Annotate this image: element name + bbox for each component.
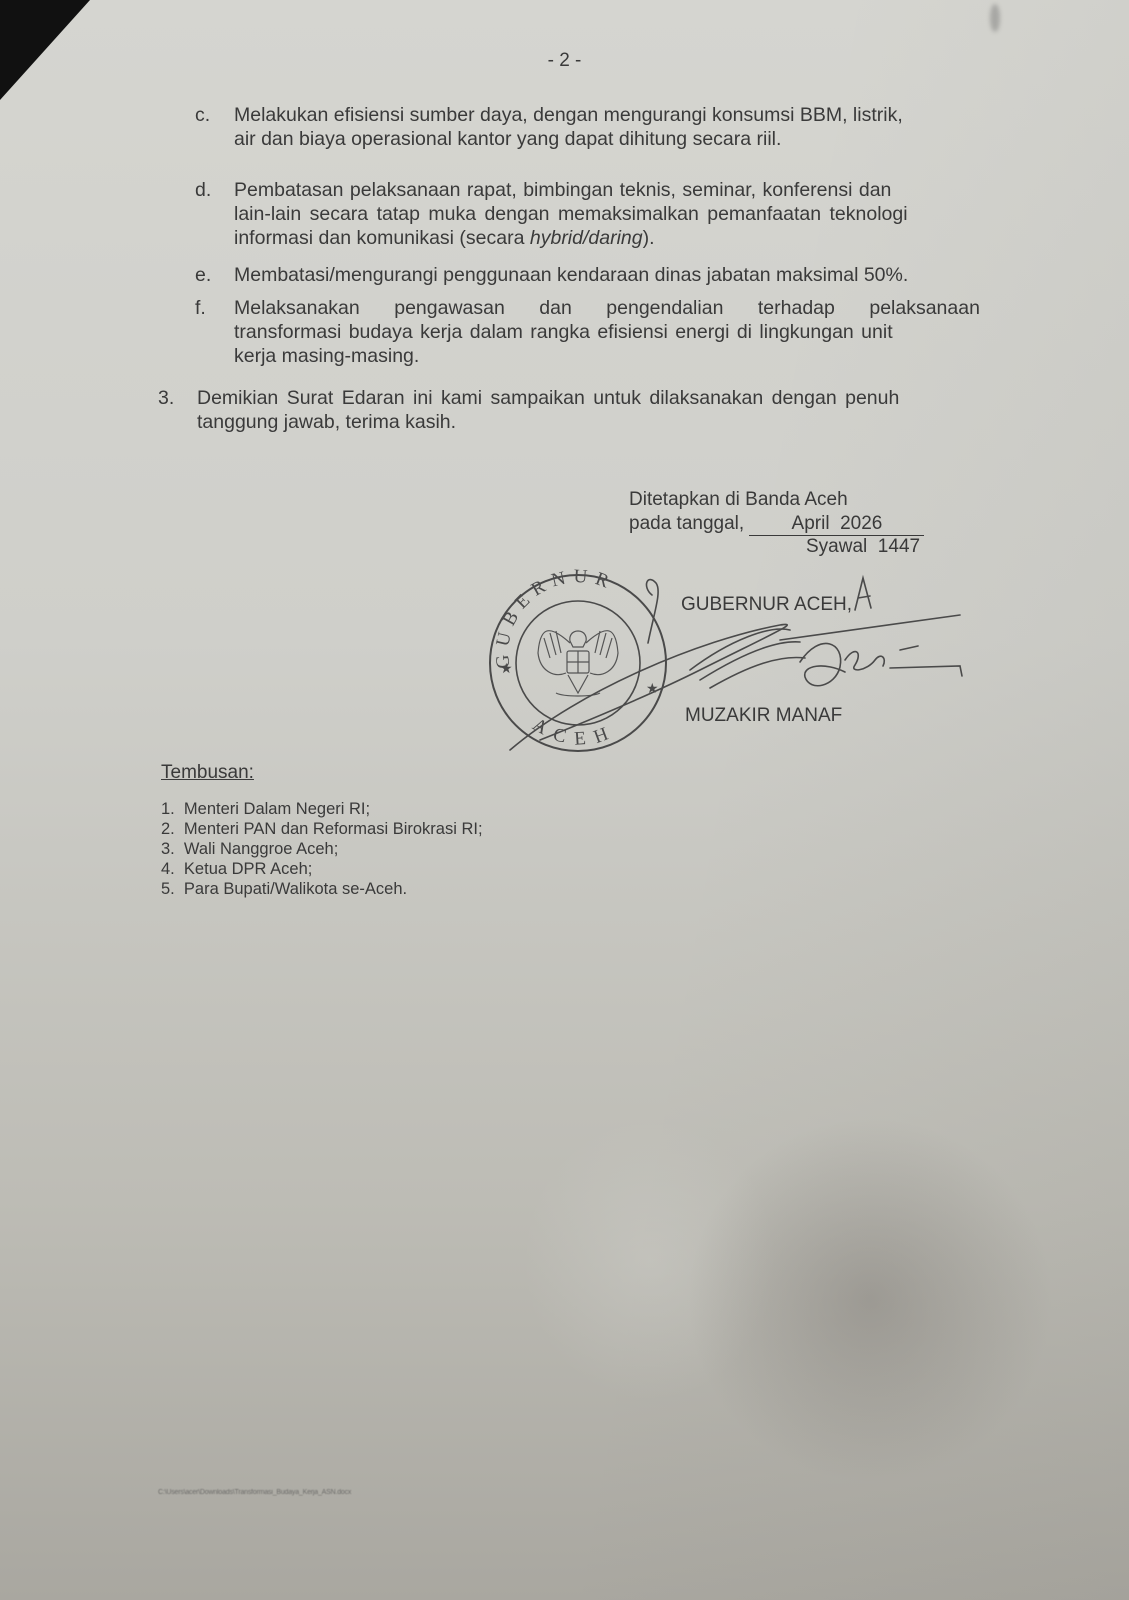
date-label: pada tanggal, xyxy=(629,513,744,534)
point-marker: f. xyxy=(195,296,206,320)
point-line: kerja masing-masing. xyxy=(234,344,980,368)
point-line: Membatasi/mengurangi penggunaan kendaraa… xyxy=(234,263,980,287)
point-marker: c. xyxy=(195,103,210,127)
page-number: - 2 - xyxy=(0,50,1129,72)
point-line: Melakukan efisiensi sumber daya, dengan … xyxy=(234,103,980,127)
point-line: Melaksanakanpengawasandanpengendalianter… xyxy=(234,296,980,320)
tembusan-list: 1. Menteri Dalam Negeri RI; 2. Menteri P… xyxy=(161,799,483,899)
point-line: Pembatasan pelaksanaan rapat, bimbingan … xyxy=(234,178,980,202)
footer-file-path: C:\Users\acer\Downloads\Transformasi_Bud… xyxy=(158,1489,351,1496)
tembusan-item: 2. Menteri PAN dan Reformasi Birokrasi R… xyxy=(161,819,483,839)
point-line: air dan biaya operasional kantor yang da… xyxy=(234,127,980,151)
tembusan-title: Tembusan: xyxy=(161,762,254,784)
tembusan-item: 5. Para Bupati/Walikota se-Aceh. xyxy=(161,879,483,899)
word: pelaksanaan xyxy=(869,296,980,320)
closing-line: tanggung jawab, terima kasih. xyxy=(197,410,980,434)
point-line: informasi dan komunikasi (secara hybrid/… xyxy=(234,226,980,250)
paper-smudge xyxy=(990,4,1000,32)
point-line: transformasi budaya kerja dalam rangka e… xyxy=(234,320,980,344)
point-marker: d. xyxy=(195,178,211,202)
handwritten-signature-icon xyxy=(500,570,970,760)
date-hijri: Syawal 1447 xyxy=(806,535,920,558)
word: pengawasan xyxy=(394,296,505,320)
point-line-italic: hybrid/daring xyxy=(530,227,643,249)
word: terhadap xyxy=(758,296,835,320)
signature-date: pada tanggal, April 2026 xyxy=(629,512,924,536)
closing-marker: 3. xyxy=(158,386,174,410)
word: Melaksanakan xyxy=(234,296,360,320)
date-gregorian: April 2026 xyxy=(749,512,924,536)
point-line-text: ). xyxy=(643,227,655,249)
word: dan xyxy=(539,296,572,320)
tembusan-item: 1. Menteri Dalam Negeri RI; xyxy=(161,799,483,819)
word: pengendalian xyxy=(606,296,723,320)
point-line: lain-lain secara tatap muka dengan memak… xyxy=(234,202,980,226)
closing-line: Demikian Surat Edaran ini kami sampaikan… xyxy=(197,386,980,410)
tembusan-item: 3. Wali Nanggroe Aceh; xyxy=(161,839,483,859)
point-line-text: informasi dan komunikasi (secara xyxy=(234,227,530,249)
tembusan-item: 4. Ketua DPR Aceh; xyxy=(161,859,483,879)
signature-place: Ditetapkan di Banda Aceh xyxy=(629,488,848,511)
point-marker: e. xyxy=(195,263,211,287)
